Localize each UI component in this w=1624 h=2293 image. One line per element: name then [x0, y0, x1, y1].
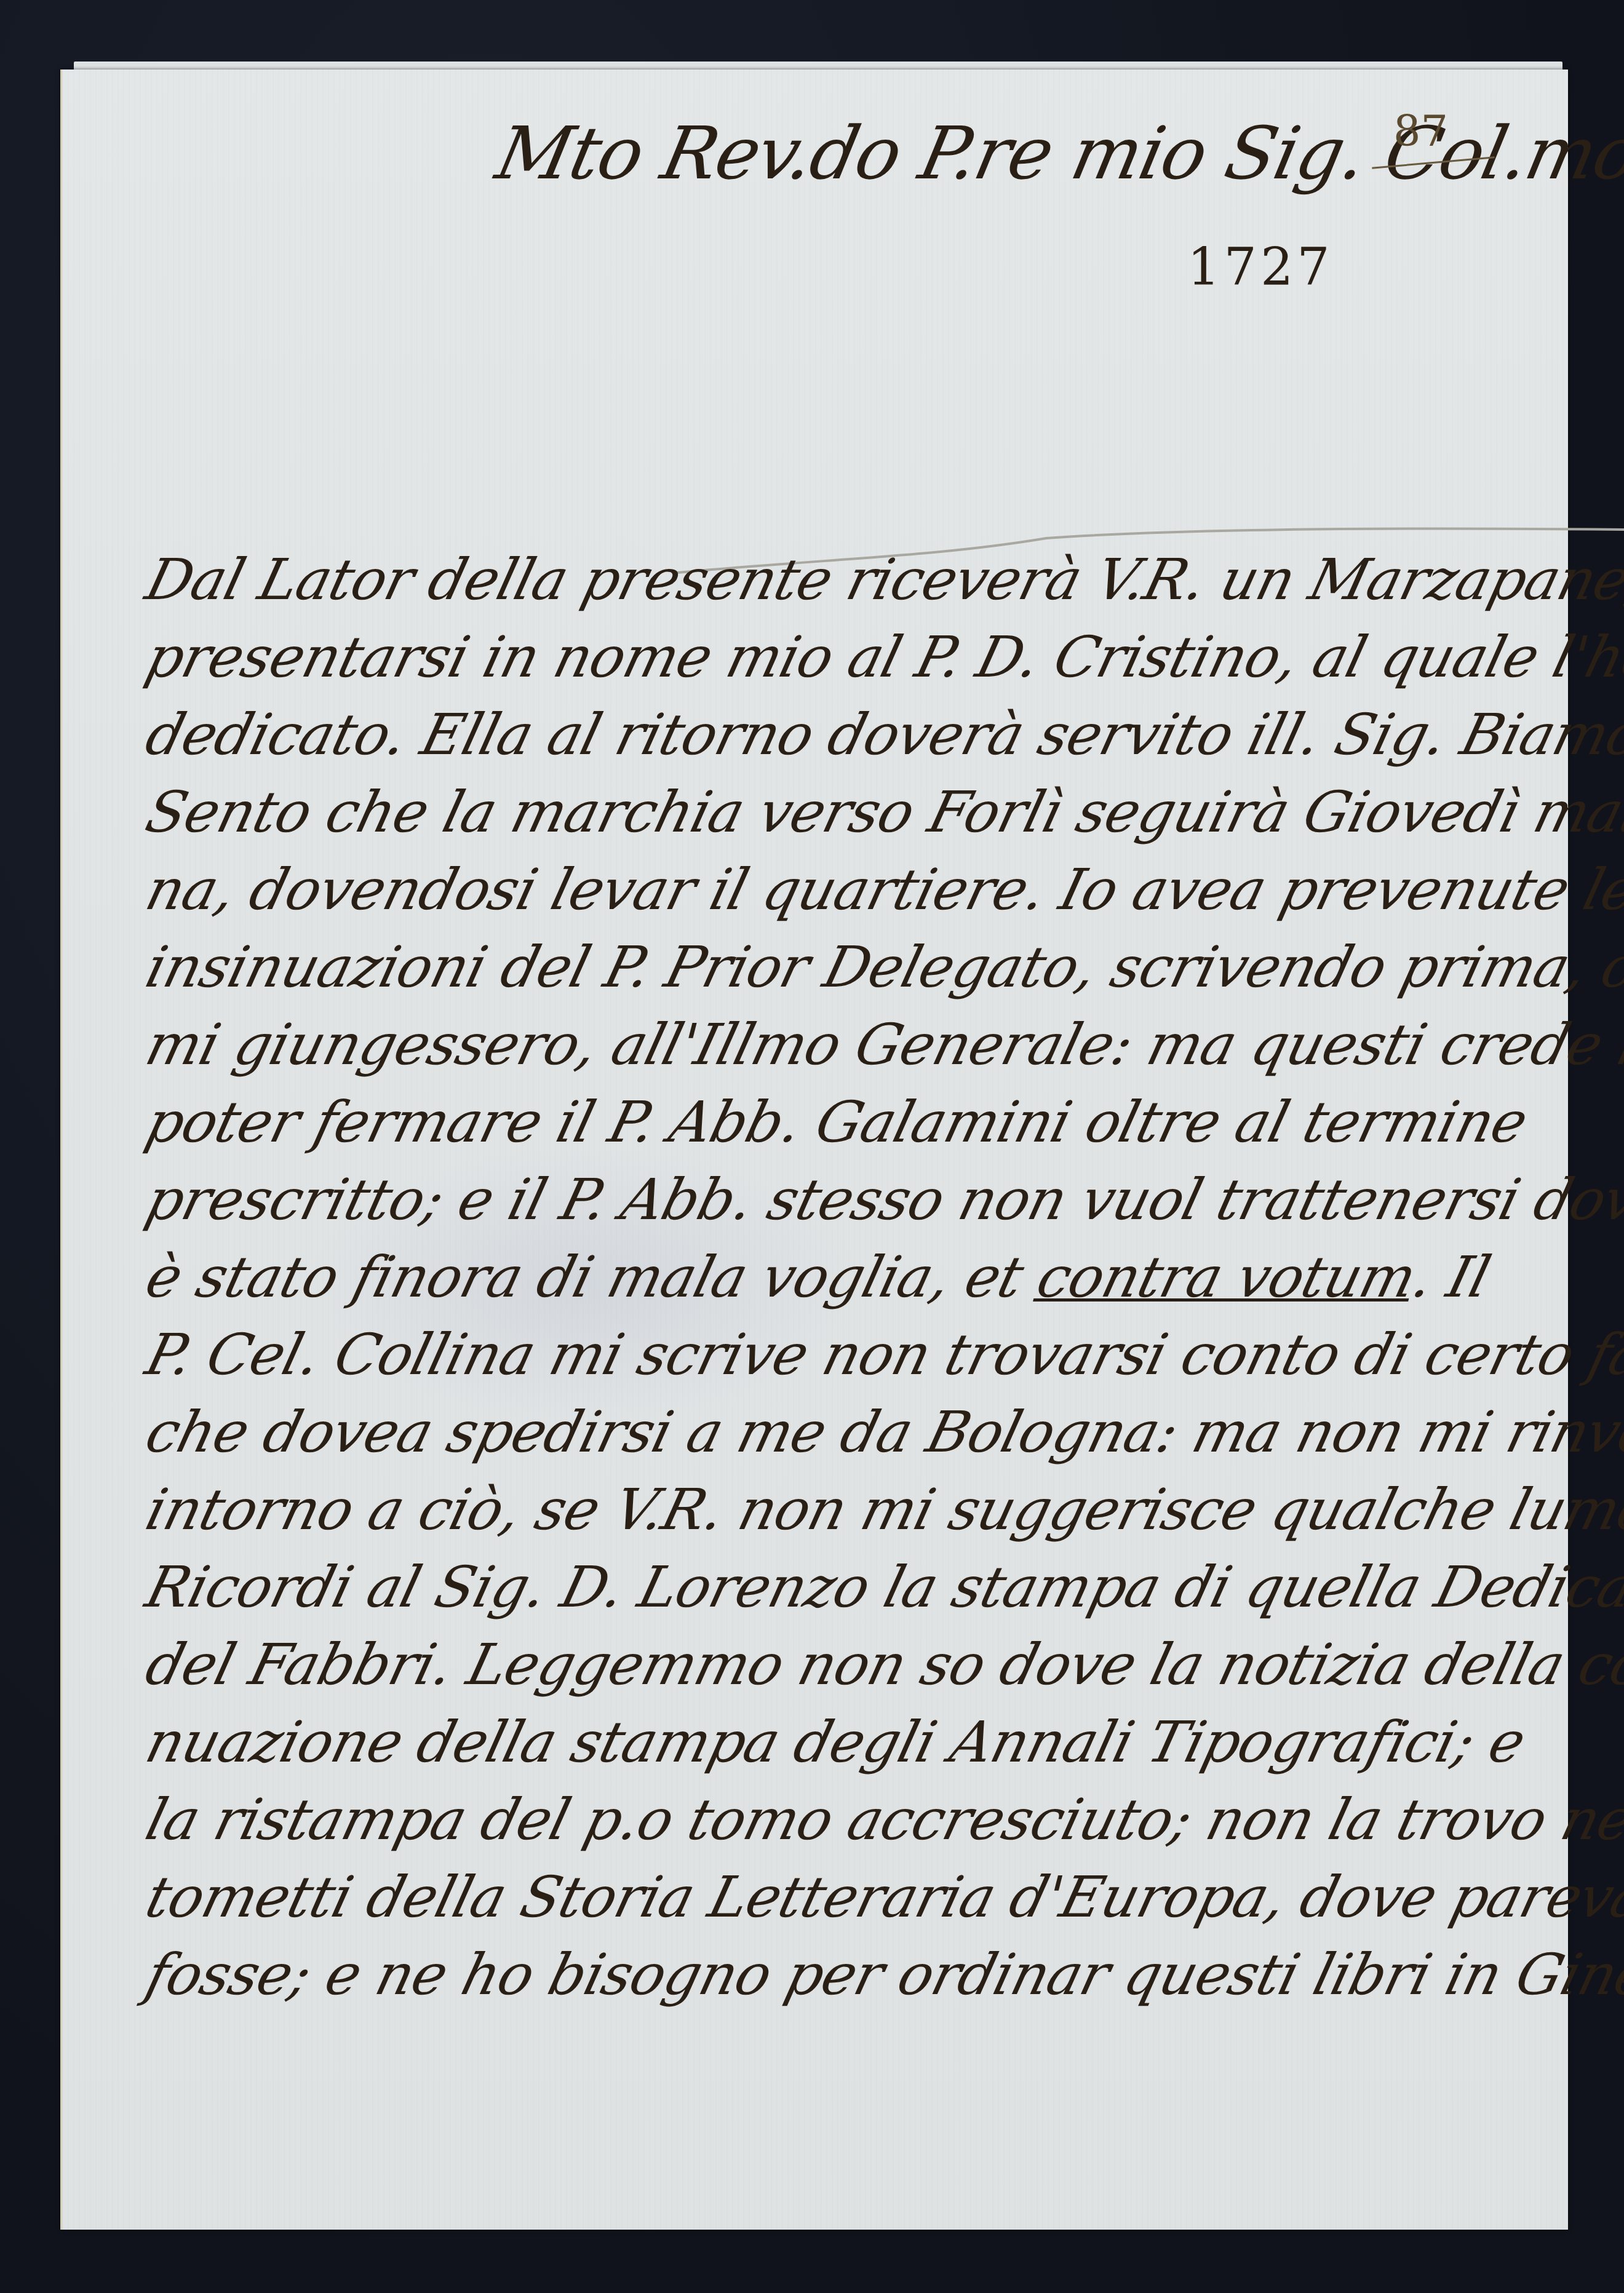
body-line: la ristampa del p.o tomo accresciuto; no… — [138, 1781, 1553, 1859]
body-line: Ricordi al Sig. D. Lorenzo la stampa di … — [138, 1549, 1553, 1626]
body-line: nuazione della stampa degli Annali Tipog… — [138, 1704, 1553, 1781]
body-line: intorno a ciò, se V.R. non mi suggerisce… — [138, 1471, 1553, 1549]
body-line: P. Cel. Collina mi scrive non trovarsi c… — [138, 1316, 1553, 1394]
body-line-with-underline: è stato finora di mala voglia, et contra… — [138, 1239, 1553, 1316]
body-line: insinuazioni del P. Prior Delegato, scri… — [138, 929, 1553, 1006]
salutation: Mto Rev.do P.re mio Sig. Col.mo — [489, 111, 1624, 196]
underlined-phrase: contra votum — [1031, 1244, 1423, 1310]
folio-number: 87 — [1393, 106, 1448, 156]
letter-body: Dal Lator della presente riceverà V.R. u… — [148, 541, 1544, 2014]
body-line: na, dovendosi levar il quartiere. Io ave… — [138, 851, 1553, 929]
body-line: tometti della Storia Letteraria d'Europa… — [138, 1859, 1553, 1936]
body-line: Dal Lator della presente riceverà V.R. u… — [138, 541, 1553, 619]
body-line: presentarsi in nome mio al P. D. Cristin… — [138, 619, 1553, 696]
body-line: del Fabbri. Leggemmo non so dove la noti… — [138, 1626, 1553, 1704]
body-line: poter fermare il P. Abb. Galamini oltre … — [138, 1084, 1553, 1161]
body-line: che dovea spedirsi a me da Bologna: ma n… — [138, 1394, 1553, 1471]
body-line: mi giungessero, all'Illmo Generale: ma q… — [138, 1006, 1553, 1084]
body-line: dedicato. Ella al ritorno doverà servito… — [138, 696, 1553, 774]
body-line: prescritto; e il P. Abb. stesso non vuol… — [138, 1161, 1553, 1239]
body-line: Sento che la marchia verso Forlì seguirà… — [138, 774, 1553, 851]
letter-year: 1727 — [1187, 237, 1334, 297]
body-line: fosse; e ne ho bisogno per ordinar quest… — [138, 1936, 1553, 2014]
